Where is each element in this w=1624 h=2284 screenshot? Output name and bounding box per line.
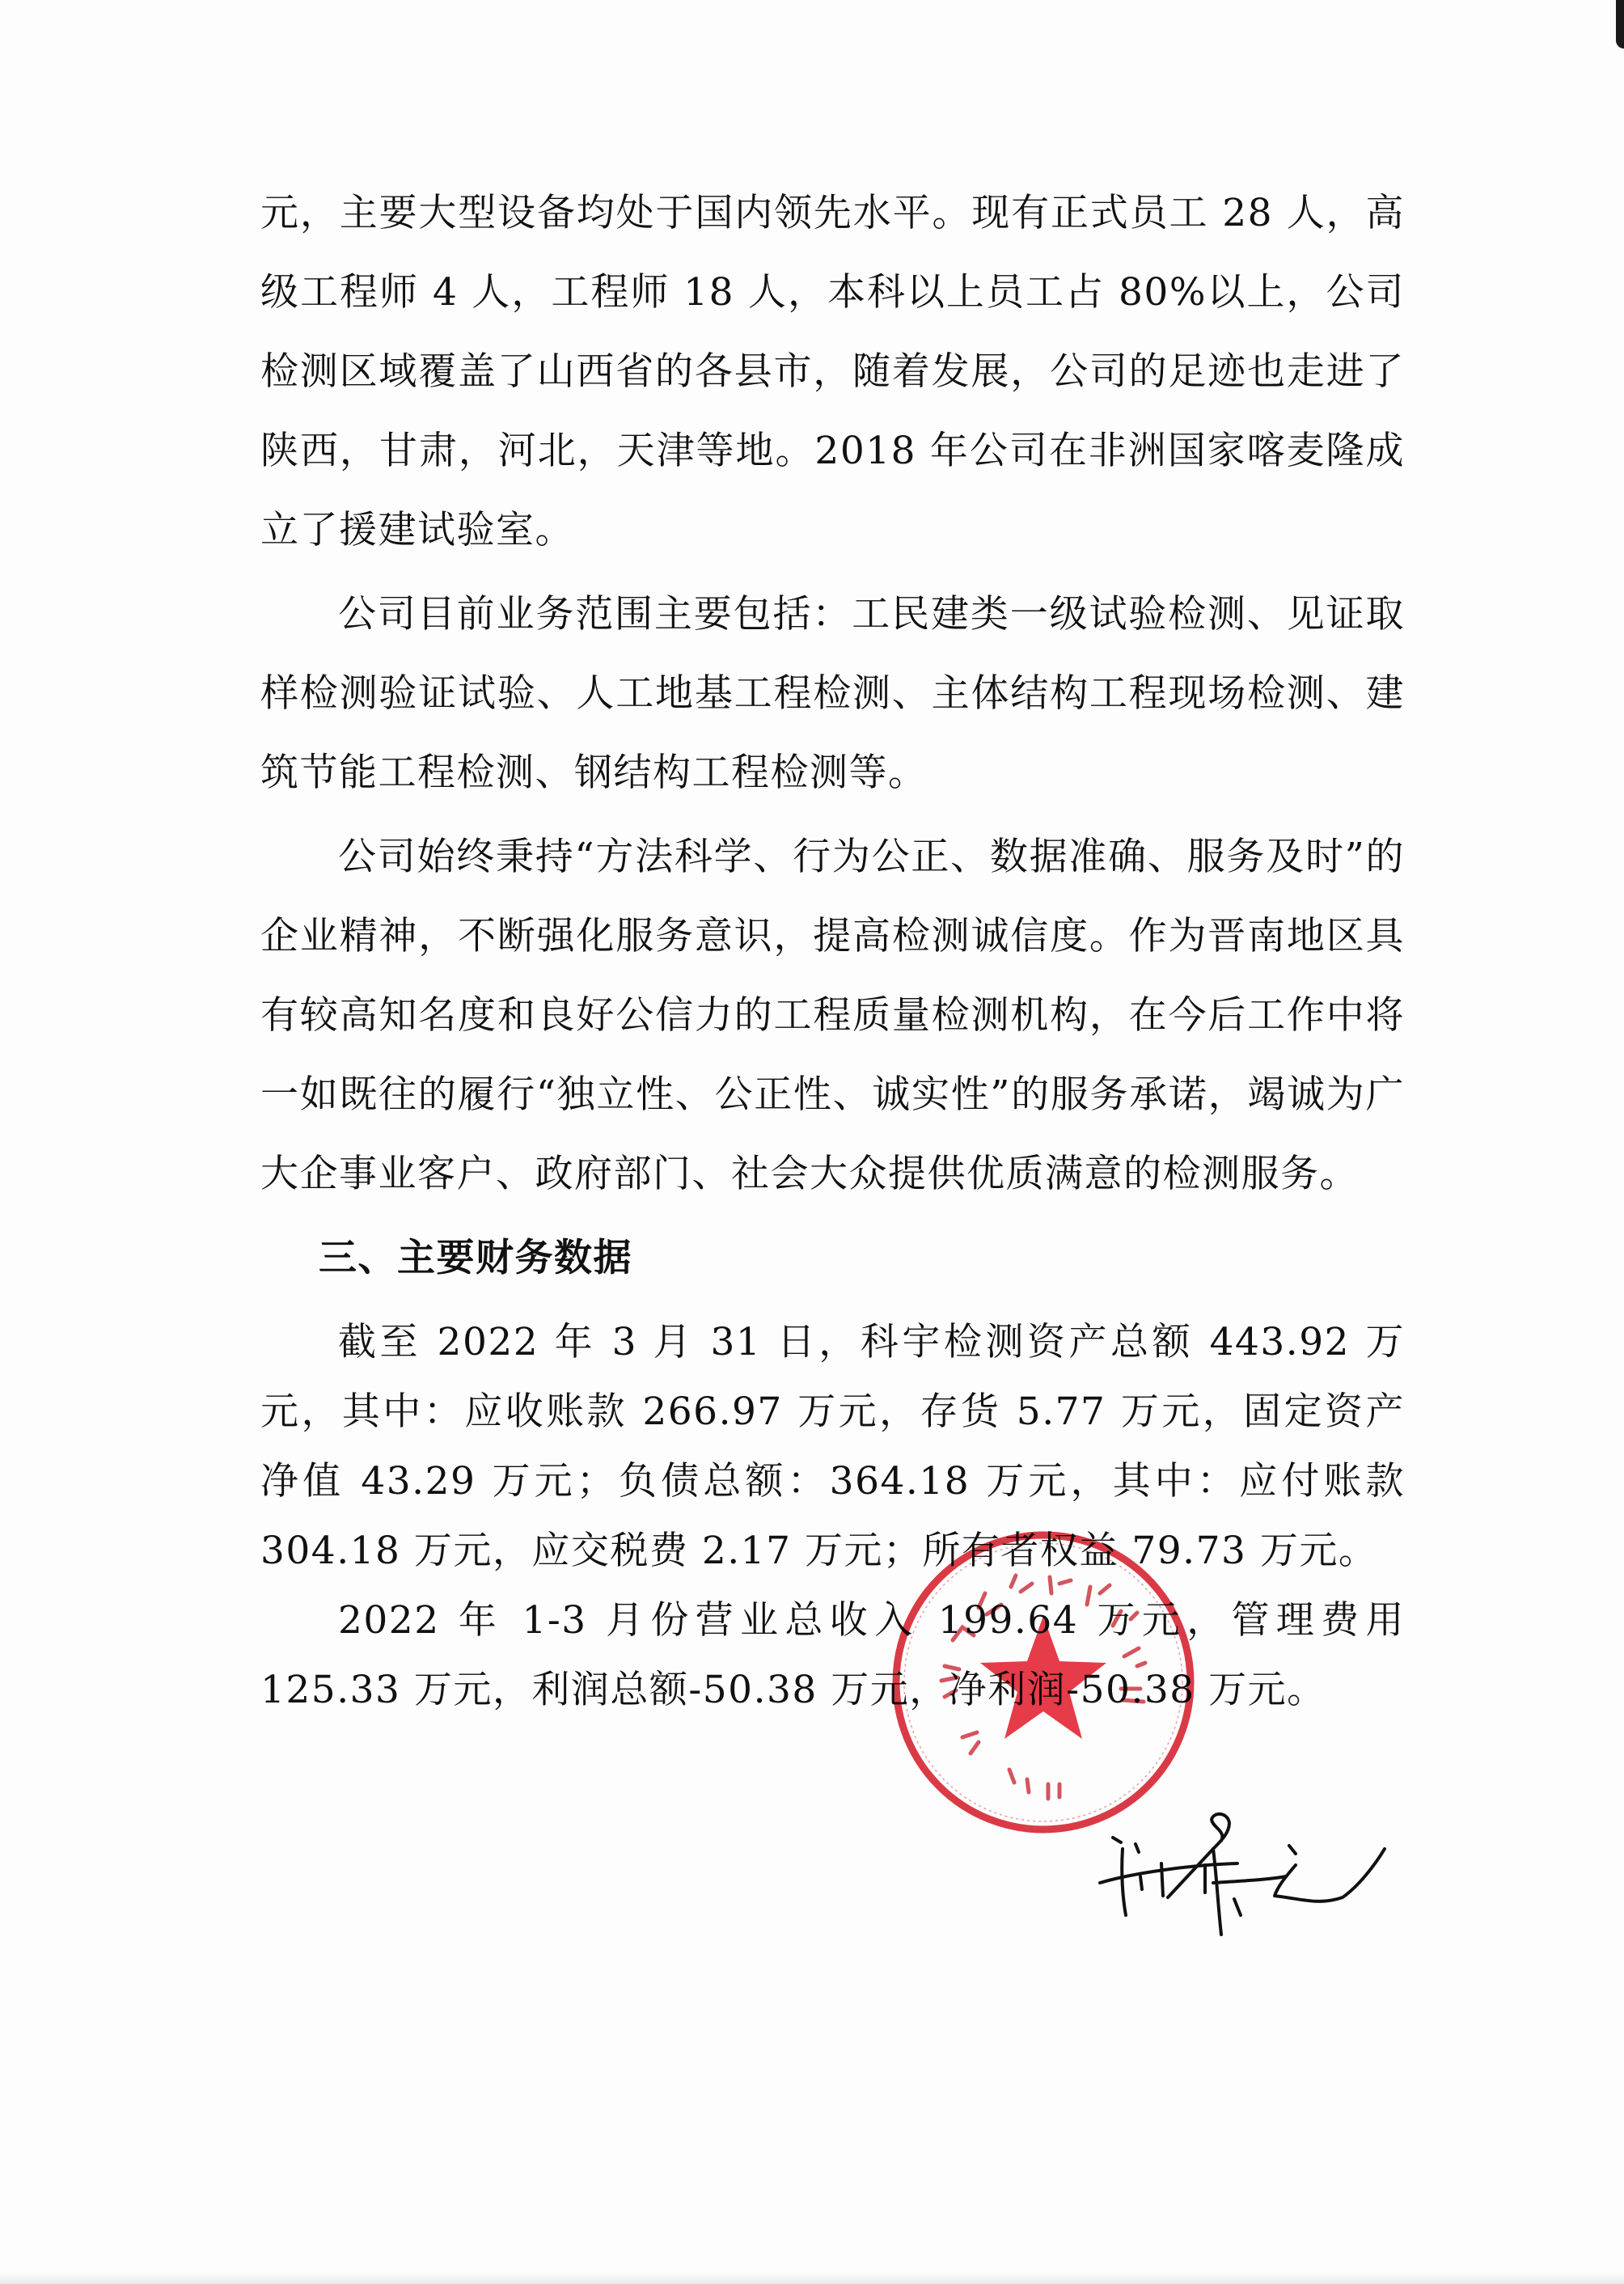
- scan-edge-artifact: [1616, 0, 1624, 49]
- document-body: 元，主要大型设备均处于国内领先水平。现有正式员工 28 人，高级工程师 4 人，…: [260, 174, 1405, 1725]
- handwritten-signature: [1084, 1808, 1391, 1954]
- paragraph-business-scope: 公司目前业务范围主要包括：工民建类一级试验检测、见证取样检测验证试验、人工地基工…: [260, 575, 1405, 813]
- document-page: 元，主要大型设备均处于国内领先水平。现有正式员工 28 人，高级工程师 4 人，…: [0, 0, 1624, 2284]
- paragraph-company-spirit: 公司始终秉持“方法科学、行为公正、数据准确、服务及时”的企业精神，不断强化服务意…: [260, 818, 1405, 1214]
- paragraph-equipment-staff: 元，主要大型设备均处于国内领先水平。现有正式员工 28 人，高级工程师 4 人，…: [260, 174, 1405, 570]
- scan-edge-artifact: [0, 2273, 1624, 2284]
- paragraph-income-statement: 2022 年 1-3 月份营业总收入 199.64 万元，管理费用 125.33…: [260, 1586, 1405, 1725]
- section-heading-financial-data: 三、主要财务数据: [260, 1219, 1405, 1298]
- paragraph-balance-sheet: 截至 2022 年 3 月 31 日，科宇检测资产总额 443.92 万元，其中…: [260, 1308, 1405, 1586]
- financial-data-section: 截至 2022 年 3 月 31 日，科宇检测资产总额 443.92 万元，其中…: [260, 1308, 1405, 1725]
